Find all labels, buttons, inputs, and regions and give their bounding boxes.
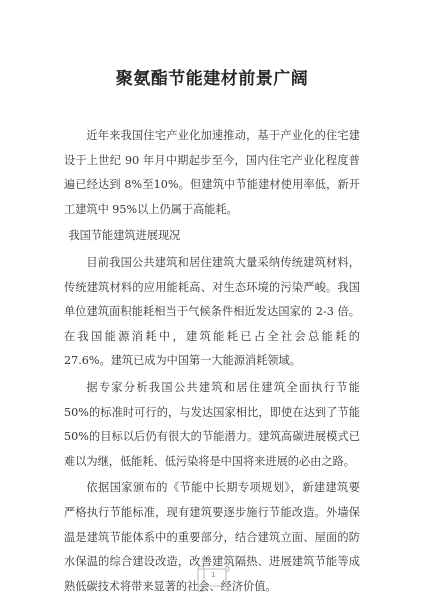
section-heading: 我国节能建筑进展现况 bbox=[64, 224, 360, 249]
document-body: 近年来我国住宅产业化加速推动，基于产业化的住宅建设于上世纪 90 年月中期起步至… bbox=[64, 124, 360, 599]
paragraph-intro: 近年来我国住宅产业化加速推动，基于产业化的住宅建设于上世纪 90 年月中期起步至… bbox=[64, 124, 360, 222]
page-number: 1 bbox=[211, 571, 215, 579]
document-title: 聚氨酯节能建材前景广阔 bbox=[0, 64, 424, 89]
paragraph-current-status: 目前我国公共建筑和居住建筑大量采纳传统建筑材料，传统建筑材料的应用能耗高、对生态… bbox=[64, 251, 360, 374]
document-page: 聚氨酯节能建材前景广阔 近年来我国住宅产业化加速推动，基于产业化的住宅建设于上世… bbox=[0, 0, 424, 600]
paragraph-expert-analysis: 据专家分析我国公共建筑和居住建筑全面执行节能 50%的标准时可行的，与发达国家相… bbox=[64, 376, 360, 474]
page-footer: 1 bbox=[193, 562, 233, 592]
